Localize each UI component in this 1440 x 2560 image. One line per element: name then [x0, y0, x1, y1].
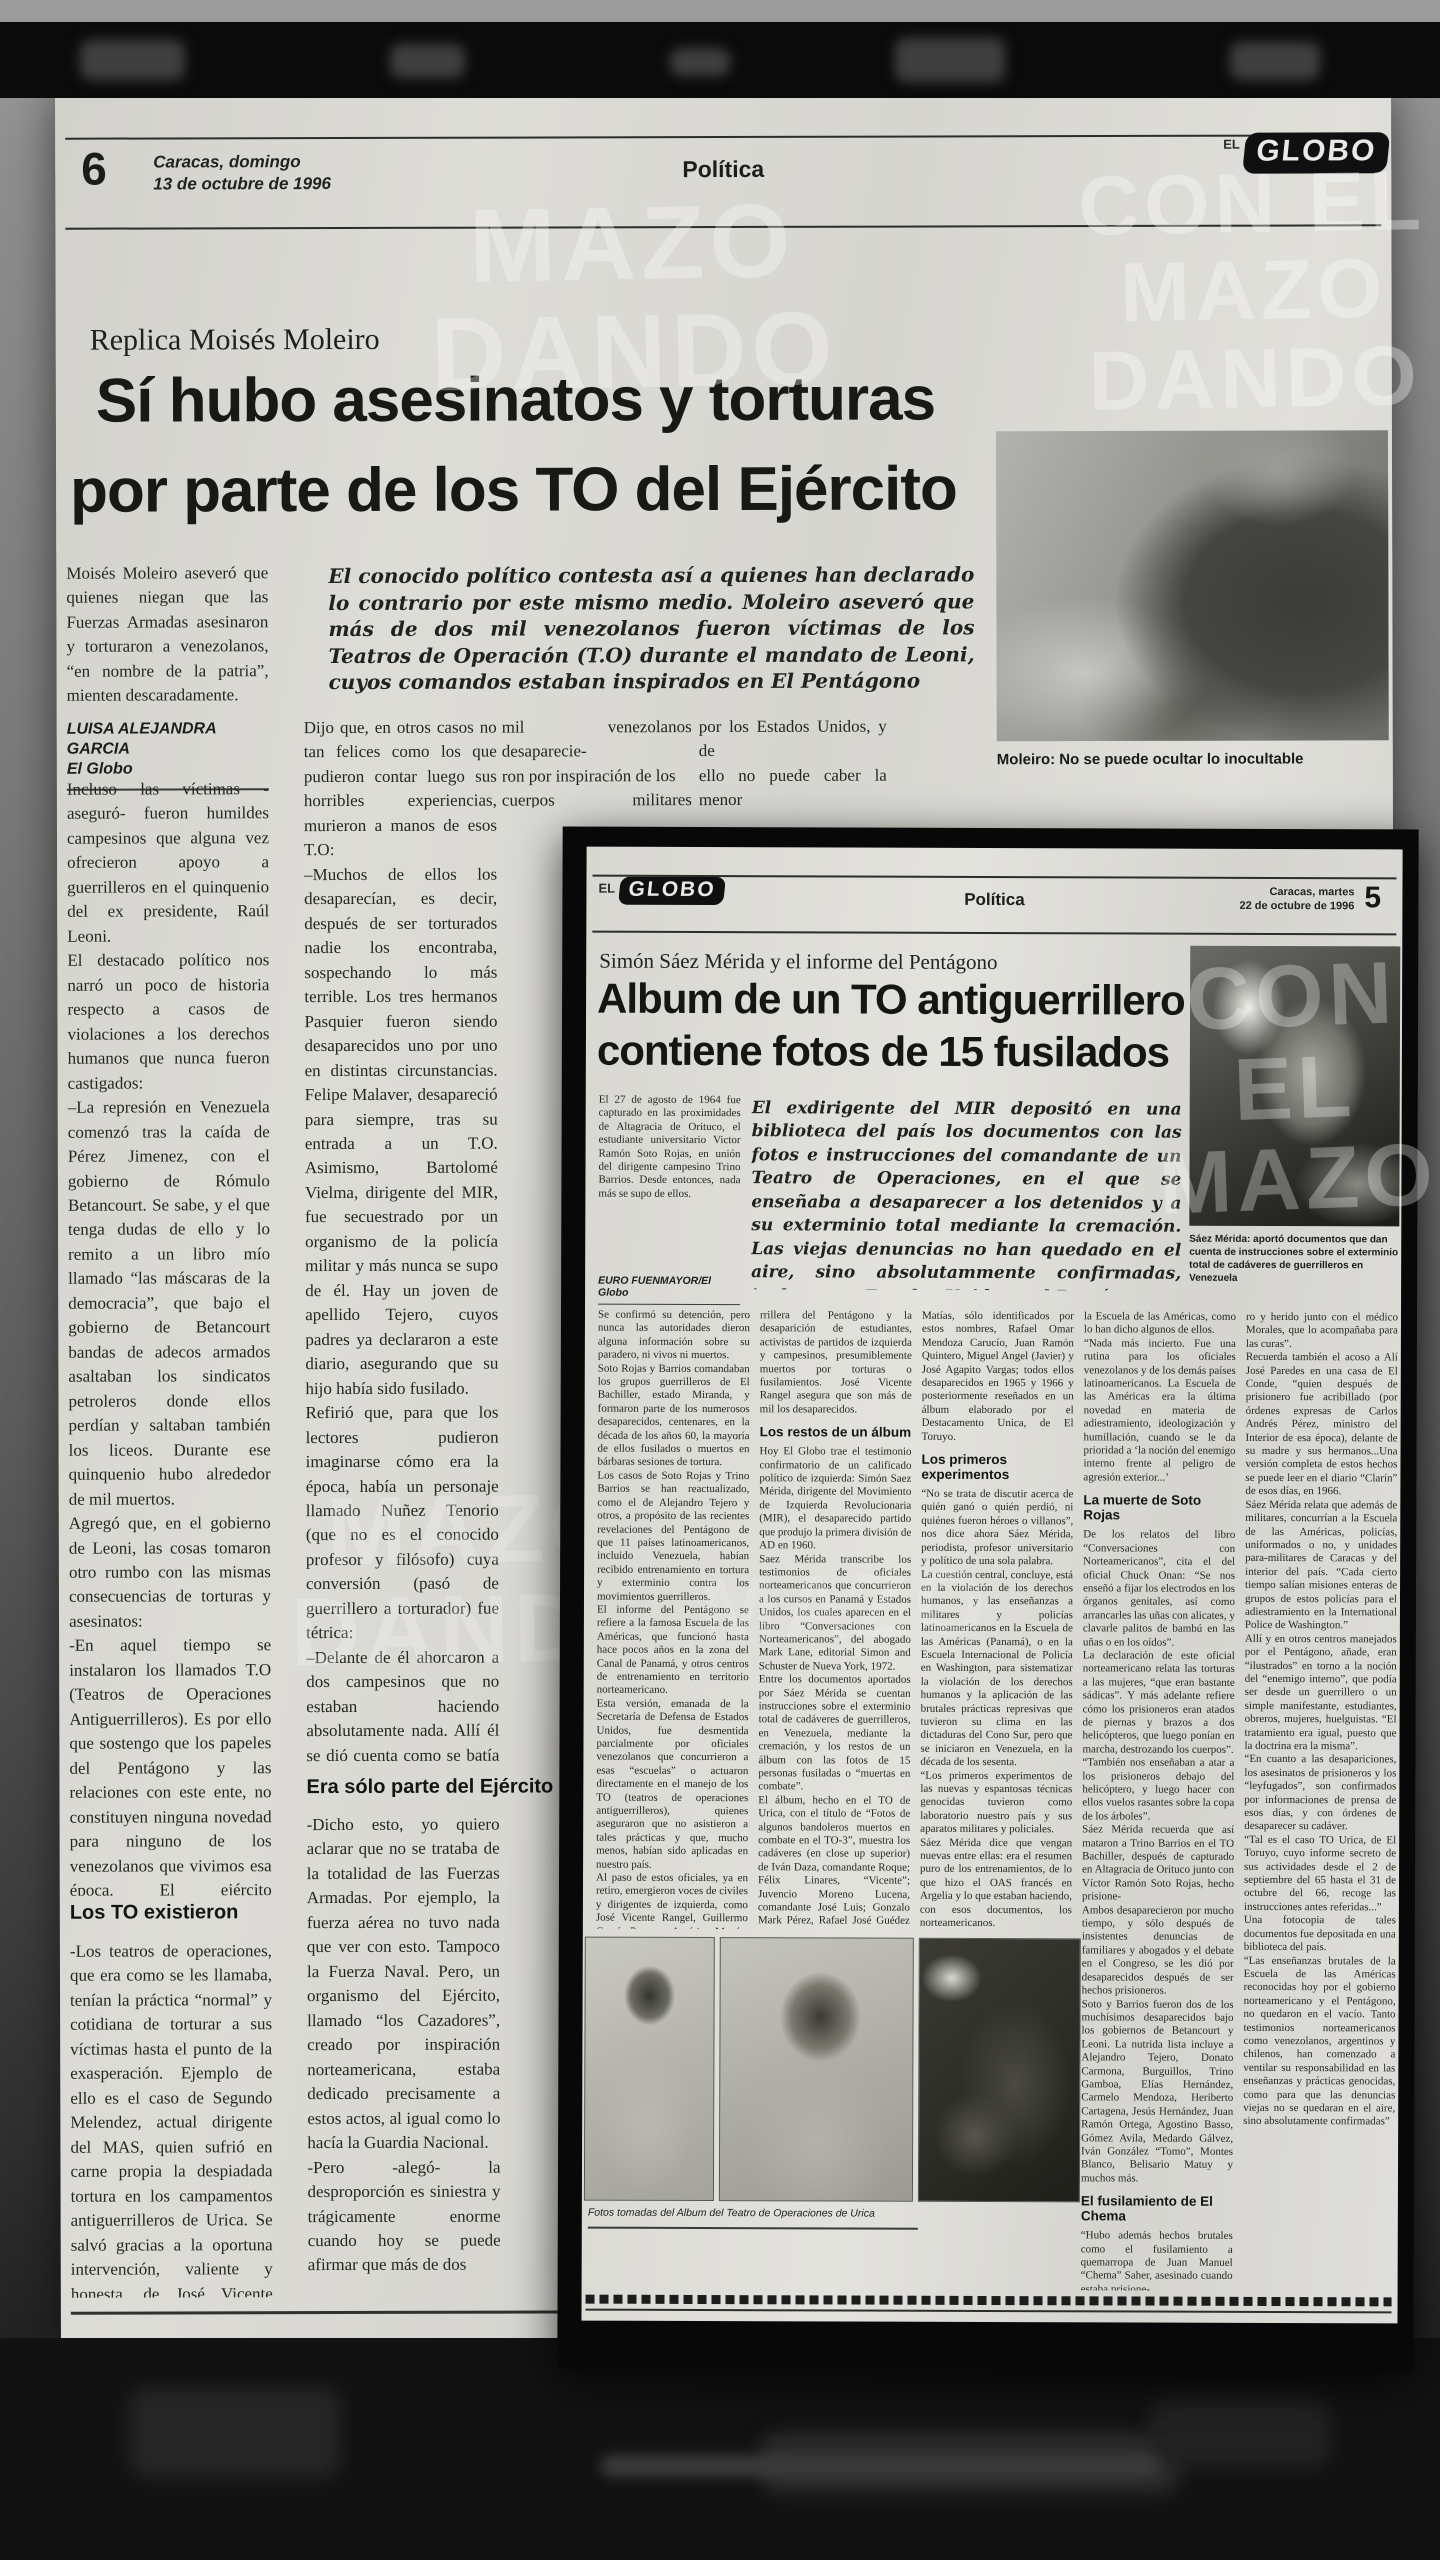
- column-5-body: ro y herido junto con el médico Morales,…: [1243, 1311, 1398, 2129]
- scan-artifact: [1230, 42, 1320, 80]
- page-bottom-rule: [586, 2309, 1392, 2314]
- dateline: Caracas, martes 22 de octubre de 1996: [1234, 885, 1354, 914]
- subhead-los-primeros-experimentos: Los primeros experimentos: [921, 1452, 1073, 1483]
- column-5: ro y herido junto con el médico Morales,…: [1243, 1311, 1398, 2292]
- header-rule-bottom: [65, 224, 1381, 229]
- column-4-stub: por los Estados Unidos, y de ello no pue…: [699, 715, 887, 807]
- column-1-body-2: -Los teatros de operaciones, que era com…: [70, 1939, 273, 2298]
- album-photo-1: [584, 1937, 715, 2201]
- article-intro: El 27 de agosto de 1964 fue capturado en…: [598, 1094, 741, 1266]
- column-1: Se confirmó su detención, pero nunca las…: [596, 1309, 750, 1930]
- byline: EURO FUENMAYOR/El Globo: [598, 1275, 740, 1305]
- column-1-body: Incluso las víctimas -aseguró- fueron hu…: [67, 777, 272, 1896]
- headline-line1: Sí hubo asesinatos y torturas: [96, 363, 935, 436]
- column-2-top: rrillera del Pentágono y la desaparición…: [760, 1309, 912, 1417]
- column-3-top: Matías, sólo identificados por estos nom…: [922, 1310, 1074, 1445]
- lead-paragraph: El exdirigente del MIR depositó en una b…: [751, 1097, 1182, 1290]
- dateline-line1: Caracas, martes: [1234, 885, 1354, 900]
- header-rule-bottom: [592, 931, 1396, 936]
- newspaper-scan-canvas: 6 Caracas, domingo 13 de octubre de 1996…: [0, 0, 1440, 2560]
- article-intro: Moisés Moleiro aseveró que quienes niega…: [66, 561, 268, 712]
- column-2-body: Hoy El Globo trae el testimonio confirma…: [758, 1445, 912, 1929]
- kicker: Replica Moisés Moleiro: [90, 323, 380, 358]
- scan-artifact: [130, 2388, 340, 2478]
- column-4: la Escuela de las Américas, como lo han …: [1081, 1310, 1236, 2291]
- scan-artifact: [600, 2455, 1160, 2477]
- column-4-top: la Escuela de las Américas, como lo han …: [1083, 1310, 1236, 1485]
- scan-artifact: [895, 38, 1005, 82]
- ornamental-dashed-rule: [586, 2295, 1392, 2307]
- scan-artifact: [670, 48, 730, 76]
- subhead-la-muerte-de-soto-rojas: La muerte de Soto Rojas: [1083, 1493, 1235, 1524]
- logo-wordmark: GLOBO: [1242, 132, 1390, 173]
- column-3-stub: mil venezolanos desaparecie- ron por ins…: [502, 715, 692, 807]
- kicker: Simón Sáez Mérida y el informe del Pentá…: [599, 949, 997, 975]
- logo-prefix: EL: [1223, 137, 1240, 152]
- subhead-los-restos-de-un-album: Los restos de un álbum: [760, 1424, 912, 1440]
- dateline-line2: 22 de octubre de 1996: [1234, 899, 1354, 914]
- column-2-body-2: -Dicho esto, yo quiero aclarar que no se…: [307, 1813, 501, 2306]
- album-photo-3: [918, 1938, 1081, 2203]
- column-2: rrillera del Pentágono y la desaparición…: [758, 1309, 912, 1930]
- column-2-body: Dijo que, en otros casos no tan felices …: [304, 716, 500, 1769]
- scan-artifact: [390, 44, 465, 78]
- section-title: Política: [55, 154, 1391, 184]
- subhead-era-solo-parte: Era sólo parte del Ejército: [306, 1775, 553, 1799]
- scanner-bottom-band: [0, 2338, 1440, 2560]
- scan-artifact: [80, 40, 185, 80]
- saez-merida-portrait-photo: [1189, 946, 1400, 1227]
- subhead-los-to-existieron: Los TO existieron: [70, 1901, 239, 1924]
- column-1-body: Se confirmó su detención, pero nunca las…: [596, 1309, 750, 1930]
- column-3: Matías, sólo identificados por estos nom…: [920, 1310, 1074, 1931]
- header-rule-top: [65, 134, 1381, 139]
- column-4-body-2: “Hubo además hechos brutales como el fus…: [1081, 2230, 1233, 2291]
- newspaper-page-2-inset: EL GLOBO Política Caracas, martes 22 de …: [557, 827, 1418, 2372]
- el-globo-logo: EL GLOBO: [1223, 132, 1388, 173]
- headline-line2: contiene fotos de 15 fusilados: [597, 1027, 1169, 1077]
- moleiro-photo-caption: Moleiro: No se puede ocultar lo inoculta…: [997, 750, 1389, 768]
- moleiro-photo: [996, 430, 1389, 741]
- scanner-top-band: [0, 22, 1440, 98]
- scan-artifact: [1150, 2398, 1330, 2468]
- album-photo-2: [719, 1937, 914, 2202]
- column-4-body: De los relatos del libro “Conversaciones…: [1081, 1529, 1235, 2186]
- album-photo-strip: [584, 1937, 1081, 2201]
- byline-name: LUISA ALEJANDRA GARCIA: [67, 719, 269, 760]
- lead-paragraph: El conocido político contesta así a quie…: [328, 561, 974, 705]
- subhead-el-fusilamiento-de-el-chema: El fusilamiento de El Chema: [1081, 2194, 1233, 2225]
- column-3-body: “No se trata de discutir acerca de quién…: [920, 1488, 1074, 1930]
- headline-line2: por parte de los TO del Ejército: [70, 453, 957, 526]
- page-number: 5: [1364, 881, 1381, 915]
- headline-line1: Album de un TO antiguerrillero: [597, 975, 1185, 1025]
- newspaper-page-2: EL GLOBO Política Caracas, martes 22 de …: [581, 847, 1402, 2324]
- caption-rule: [588, 2227, 918, 2230]
- album-photos-caption: Fotos tomadas del Album del Teatro de Op…: [588, 2207, 1068, 2221]
- portrait-caption: Sáez Mérida: aportó documentos que dan c…: [1189, 1233, 1399, 1286]
